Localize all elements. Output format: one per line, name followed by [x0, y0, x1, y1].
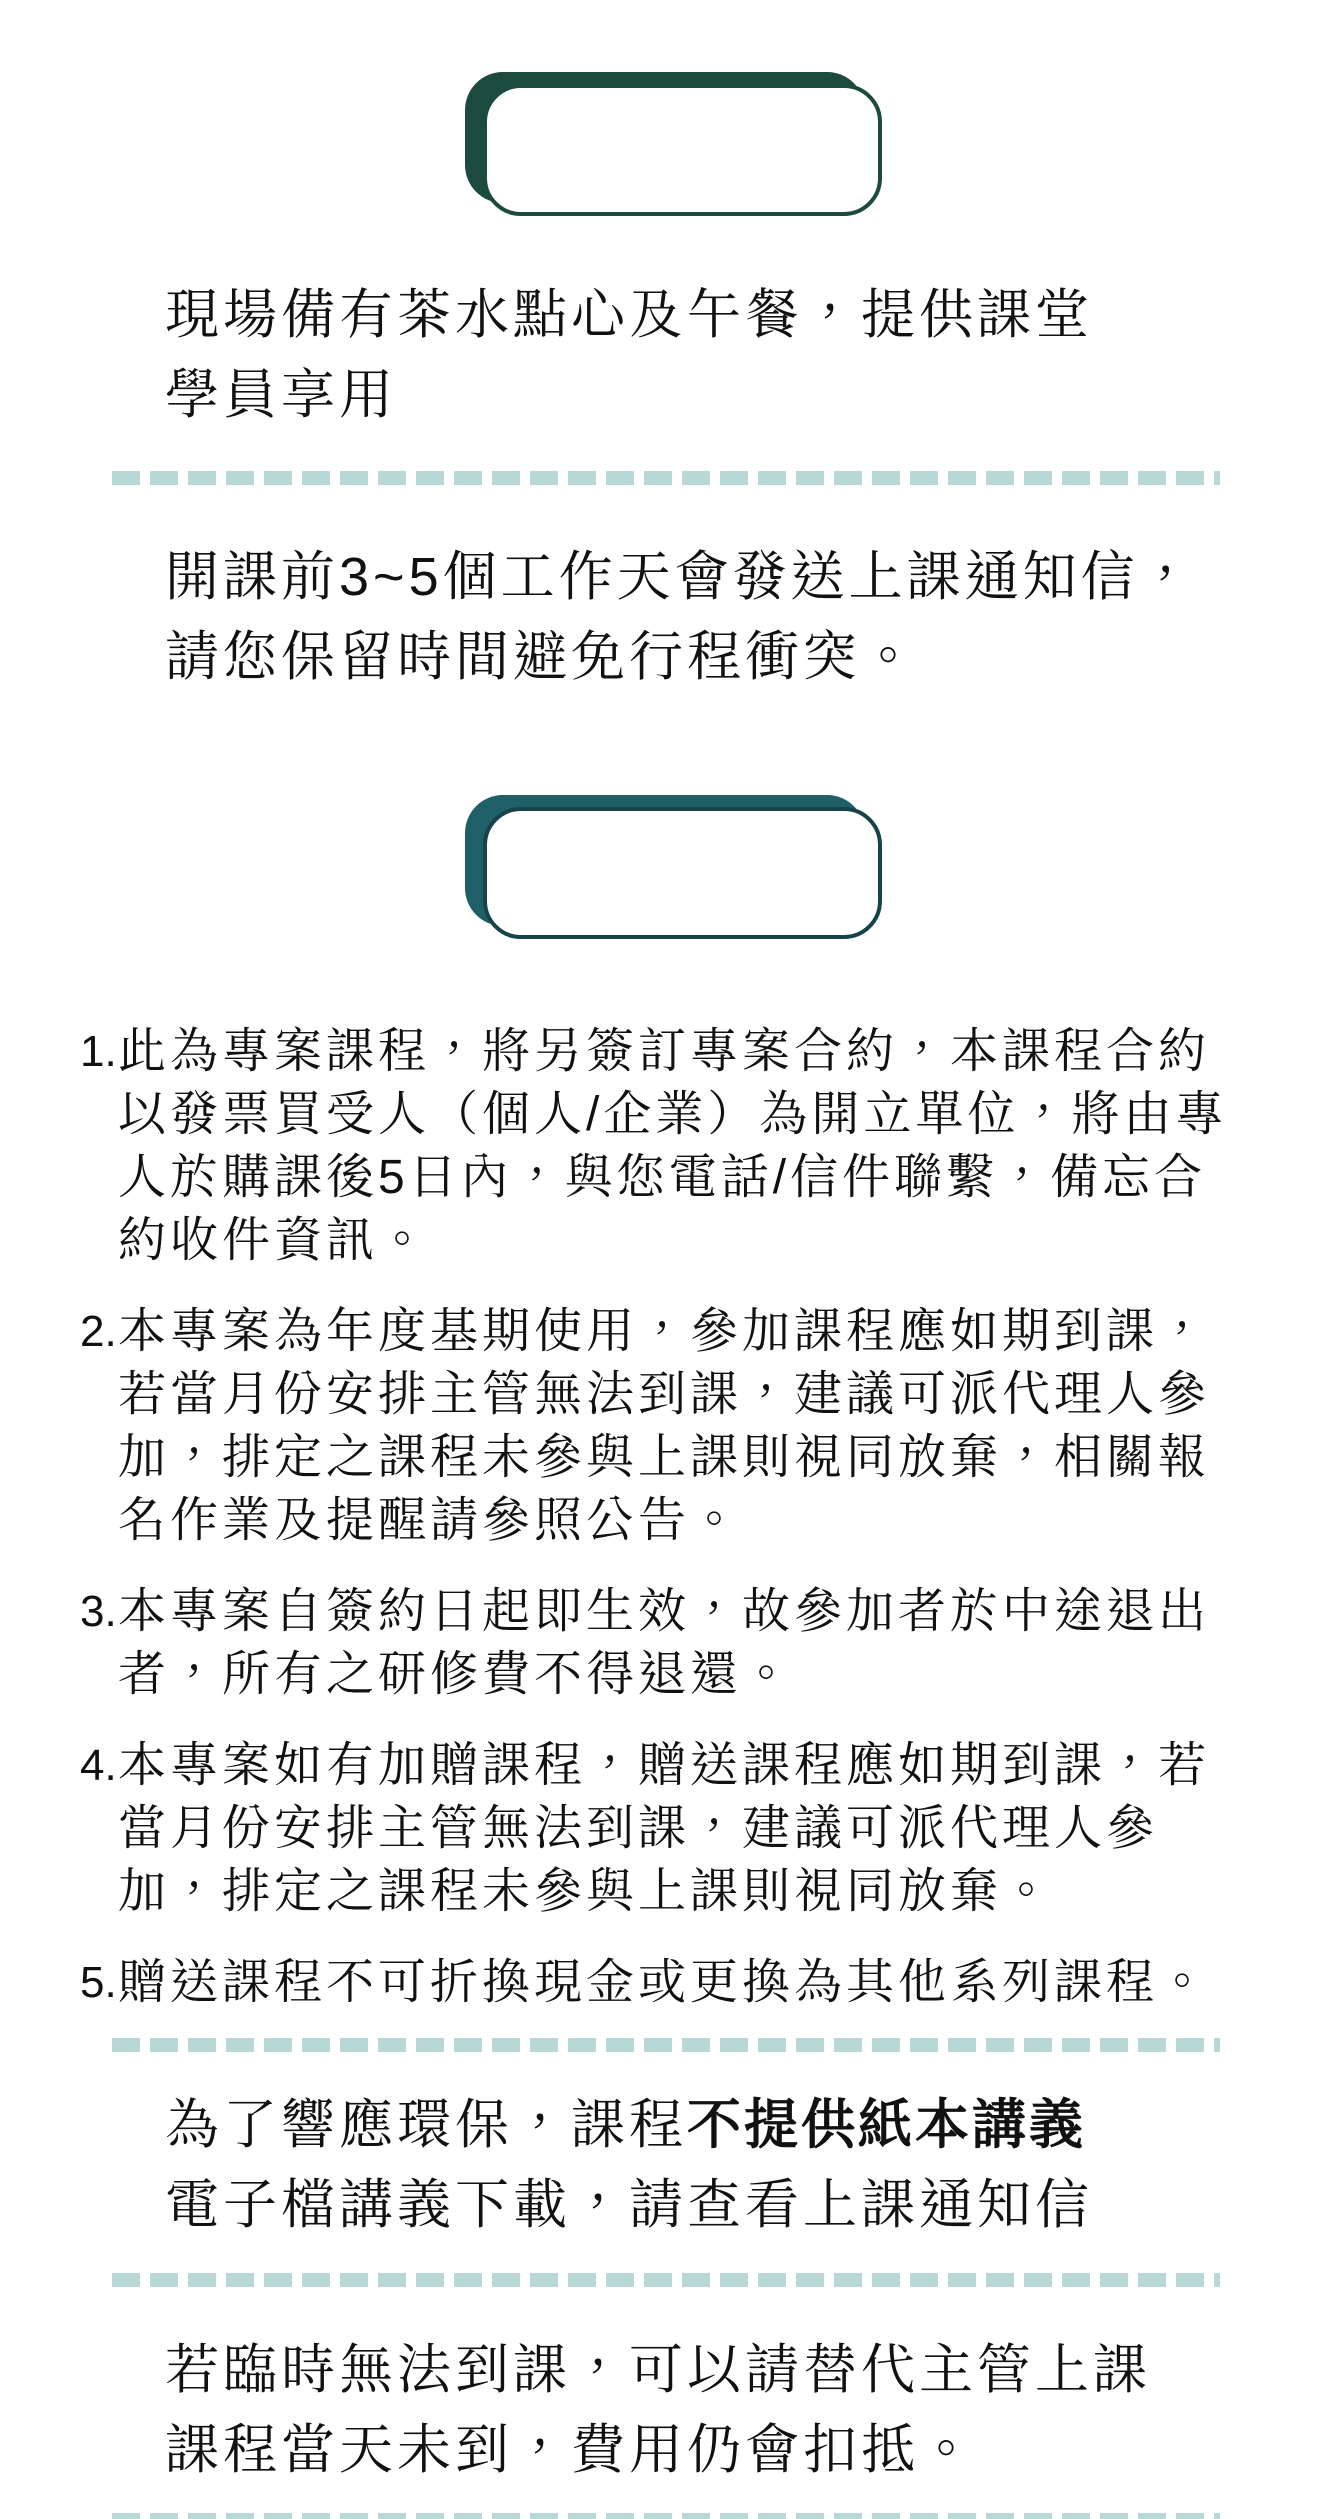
section-divider-2 — [112, 2038, 1220, 2052]
notice-badge: 注意事項 — [465, 795, 865, 926]
notice-number-3: 3. — [80, 1580, 118, 1643]
substitute-line-2: 課程當天未到，費用仍會扣抵。 — [165, 2410, 1235, 2490]
notice-text-4: 本專案如有加贈課程，贈送課程應如期到課，若當月份安排主管無法到課，建議可派代理人… — [118, 1734, 1248, 1923]
eco-paragraph: 為了響應環保，課程不提供紙本講義 電子檔講義下載，請查看上課通知信 — [165, 2085, 1235, 2245]
intro-line-1: 現場備有茶水點心及午餐，提供課堂 — [165, 275, 1235, 355]
notice-text-1: 此為專案課程，將另簽訂專案合約，本課程合約以發票買受人（個人/企業）為開立單位，… — [118, 1020, 1248, 1272]
notice-badge-label: 注意事項 — [497, 808, 833, 914]
eco-line-1-normal: 為了響應環保，課程 — [165, 2095, 687, 2155]
notice-number-5: 5. — [80, 1951, 118, 2014]
notice-item-4: 4. 本專案如有加贈課程，贈送課程應如期到課，若當月份安排主管無法到課，建議可派… — [80, 1734, 1248, 1923]
substitute-paragraph: 若臨時無法到課，可以請替代主管上課 課程當天未到，費用仍會扣抵。 — [165, 2330, 1235, 2490]
pre-class-info-badge-wrap: 課前資訊 — [0, 72, 1330, 203]
notices-list: 1. 此為專案課程，將另簽訂專案合約，本課程合約以發票買受人（個人/企業）為開立… — [80, 1020, 1248, 2014]
reminder-line-1: 開課前3~5個工作天會發送上課通知信， — [165, 537, 1235, 617]
reminder-paragraph: 開課前3~5個工作天會發送上課通知信， 請您保留時間避免行程衝突。 — [165, 537, 1235, 697]
course-info-page: 課前資訊 現場備有茶水點心及午餐，提供課堂 學員享用 開課前3~5個工作天會發送… — [0, 0, 1330, 2519]
reminder-line-2: 請您保留時間避免行程衝突。 — [165, 617, 1235, 697]
intro-line-2: 學員享用 — [165, 355, 1235, 435]
notice-item-5: 5. 贈送課程不可折換現金或更換為其他系列課程。 — [80, 1951, 1248, 2014]
eco-bold-text: 不提供紙本講義 — [687, 2095, 1086, 2155]
section-divider-bottom-partial — [112, 2513, 1220, 2519]
notice-item-1: 1. 此為專案課程，將另簽訂專案合約，本課程合約以發票買受人（個人/企業）為開立… — [80, 1020, 1248, 1272]
intro-paragraph: 現場備有茶水點心及午餐，提供課堂 學員享用 — [165, 275, 1235, 435]
section-divider-3 — [112, 2273, 1220, 2287]
notice-text-2: 本專案為年度基期使用，參加課程應如期到課，若當月份安排主管無法到課，建議可派代理… — [118, 1300, 1248, 1552]
notice-text-3: 本專案自簽約日起即生效，故參加者於中途退出者，所有之研修費不得退還。 — [118, 1580, 1248, 1706]
eco-line-1: 為了響應環保，課程不提供紙本講義 — [165, 2085, 1235, 2165]
notice-number-4: 4. — [80, 1734, 118, 1797]
notice-number-2: 2. — [80, 1300, 118, 1363]
notice-item-3: 3. 本專案自簽約日起即生效，故參加者於中途退出者，所有之研修費不得退還。 — [80, 1580, 1248, 1706]
notice-badge-wrap: 注意事項 — [0, 795, 1330, 926]
pre-class-info-badge-label: 課前資訊 — [497, 85, 833, 191]
notice-item-2: 2. 本專案為年度基期使用，參加課程應如期到課，若當月份安排主管無法到課，建議可… — [80, 1300, 1248, 1552]
pre-class-info-badge: 課前資訊 — [465, 72, 865, 203]
notice-number-1: 1. — [80, 1020, 118, 1083]
section-divider-1 — [112, 471, 1220, 485]
substitute-line-1: 若臨時無法到課，可以請替代主管上課 — [165, 2330, 1235, 2410]
eco-line-2: 電子檔講義下載，請查看上課通知信 — [165, 2165, 1235, 2245]
notice-text-5: 贈送課程不可折換現金或更換為其他系列課程。 — [118, 1951, 1248, 2014]
